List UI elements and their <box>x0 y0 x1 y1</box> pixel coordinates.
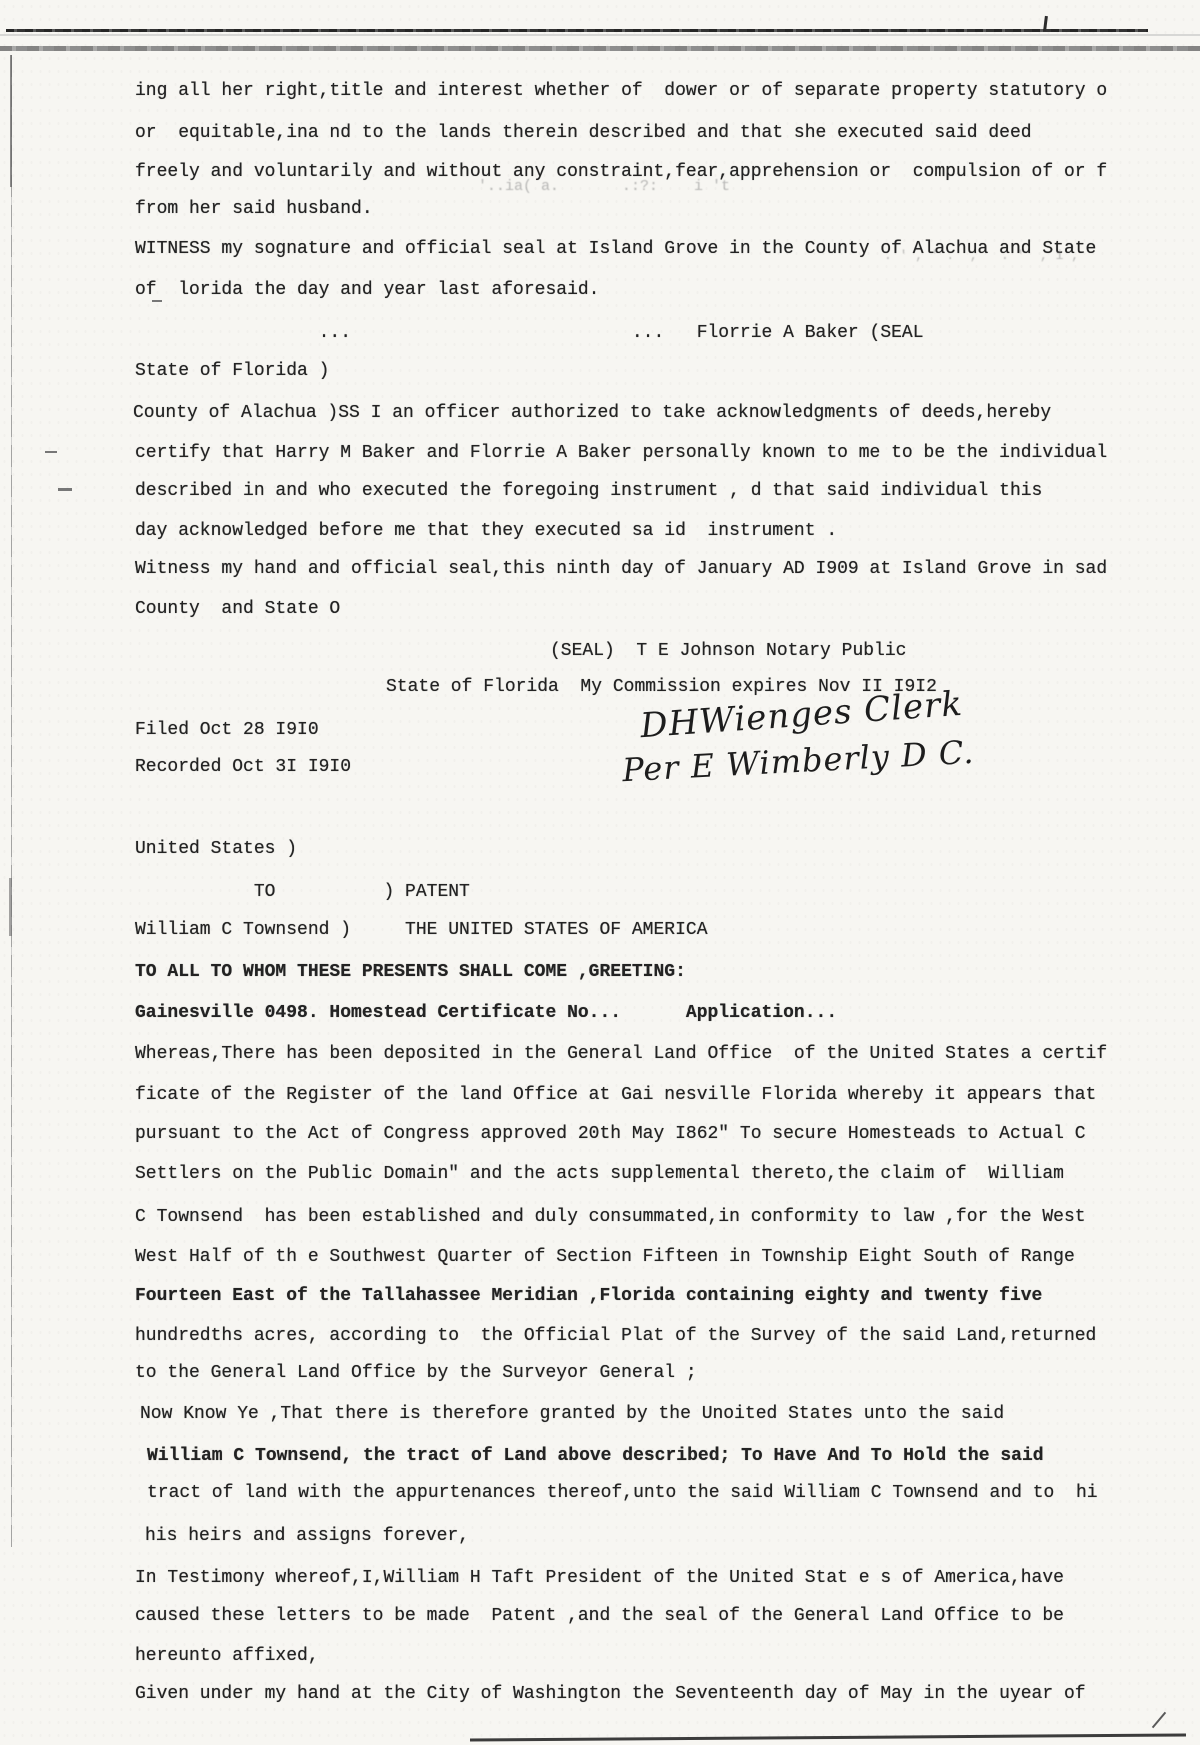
document-line: Whereas,There has been deposited in the … <box>135 1044 1107 1064</box>
document-line: described in and who executed the forego… <box>135 481 1042 501</box>
document-line: County and State O <box>135 599 340 619</box>
document-line: Gainesville 0498. Homestead Certificate … <box>135 1003 837 1023</box>
scan-stray-mark <box>58 488 72 491</box>
document-line: to the General Land Office by the Survey… <box>135 1363 697 1383</box>
document-line: certify that Harry M Baker and Florrie A… <box>135 443 1107 463</box>
document-line: William C Townsend ) THE UNITED STATES O… <box>135 920 708 940</box>
document-line: William C Townsend, the tract of Land ab… <box>147 1446 1044 1466</box>
scan-edge-band-top <box>0 46 1200 51</box>
document-line: pursuant to the Act of Congress approved… <box>135 1124 1086 1144</box>
document-line: Filed Oct 28 I9I0 <box>135 720 319 740</box>
scan-ghost-text: '..ia( a. .:?: i 't <box>478 178 730 195</box>
document-line: State of Florida ) <box>135 361 329 381</box>
document-line: Fourteen East of the Tallahassee Meridia… <box>135 1286 1042 1306</box>
document-line: United States ) <box>135 839 297 859</box>
scan-bottom-corner-mark <box>1152 1712 1166 1729</box>
document-line: Given under my hand at the City of Washi… <box>135 1684 1086 1704</box>
scan-left-margin-line-dark-segment <box>10 55 12 187</box>
scan-stray-mark <box>45 451 57 453</box>
document-line: C Townsend has been established and duly… <box>135 1207 1086 1227</box>
document-line: TO ALL TO WHOM THESE PRESENTS SHALL COME… <box>135 962 686 982</box>
document-line: County of Alachua )SS I an officer autho… <box>133 403 1051 423</box>
document-line: West Half of th e Southwest Quarter of S… <box>135 1247 1075 1267</box>
scan-ghost-text: . ' , ' . , . ' , i , <box>884 248 1079 263</box>
scan-edge-line-top <box>6 29 1148 32</box>
scan-stray-mark <box>152 300 162 302</box>
document-line: ing all her right,title and interest whe… <box>135 81 1107 101</box>
document-line: his heirs and assigns forever, <box>145 1526 469 1546</box>
scan-left-margin-line <box>11 55 12 1547</box>
document-line: ficate of the Register of the land Offic… <box>135 1085 1096 1105</box>
document-line: day acknowledged before me that they exe… <box>135 521 837 541</box>
document-line: (SEAL) T E Johnson Notary Public <box>550 641 906 661</box>
document-line: or equitable,ina nd to the lands therein… <box>135 123 1032 143</box>
document-line: of lorida the day and year last aforesai… <box>135 280 599 300</box>
document-line: tract of land with the appurtenances the… <box>147 1483 1098 1503</box>
scan-left-margin-line-mid-segment <box>9 878 12 936</box>
scan-bottom-edge-line <box>470 1734 1186 1742</box>
scanned-document-page: ing all her right,title and interest whe… <box>0 0 1200 1745</box>
scan-edge-line-top-faint <box>0 34 1200 36</box>
document-line: hereunto affixed, <box>135 1646 319 1666</box>
document-line: In Testimony whereof,I,William H Taft Pr… <box>135 1568 1064 1588</box>
document-line: caused these letters to be made Patent ,… <box>135 1606 1064 1626</box>
document-line: Witness my hand and official seal,this n… <box>135 559 1107 579</box>
document-line: Now Know Ye ,That there is therefore gra… <box>140 1404 1004 1424</box>
document-line: ... ... Florrie A Baker (SEAL <box>135 323 924 343</box>
document-line: hundredths acres, according to the Offic… <box>135 1326 1096 1346</box>
document-line: from her said husband. <box>135 199 373 219</box>
document-line: Recorded Oct 3I I9I0 <box>135 757 351 777</box>
document-line: Settlers on the Public Domain" and the a… <box>135 1164 1064 1184</box>
document-line: TO ) PATENT <box>135 882 470 902</box>
